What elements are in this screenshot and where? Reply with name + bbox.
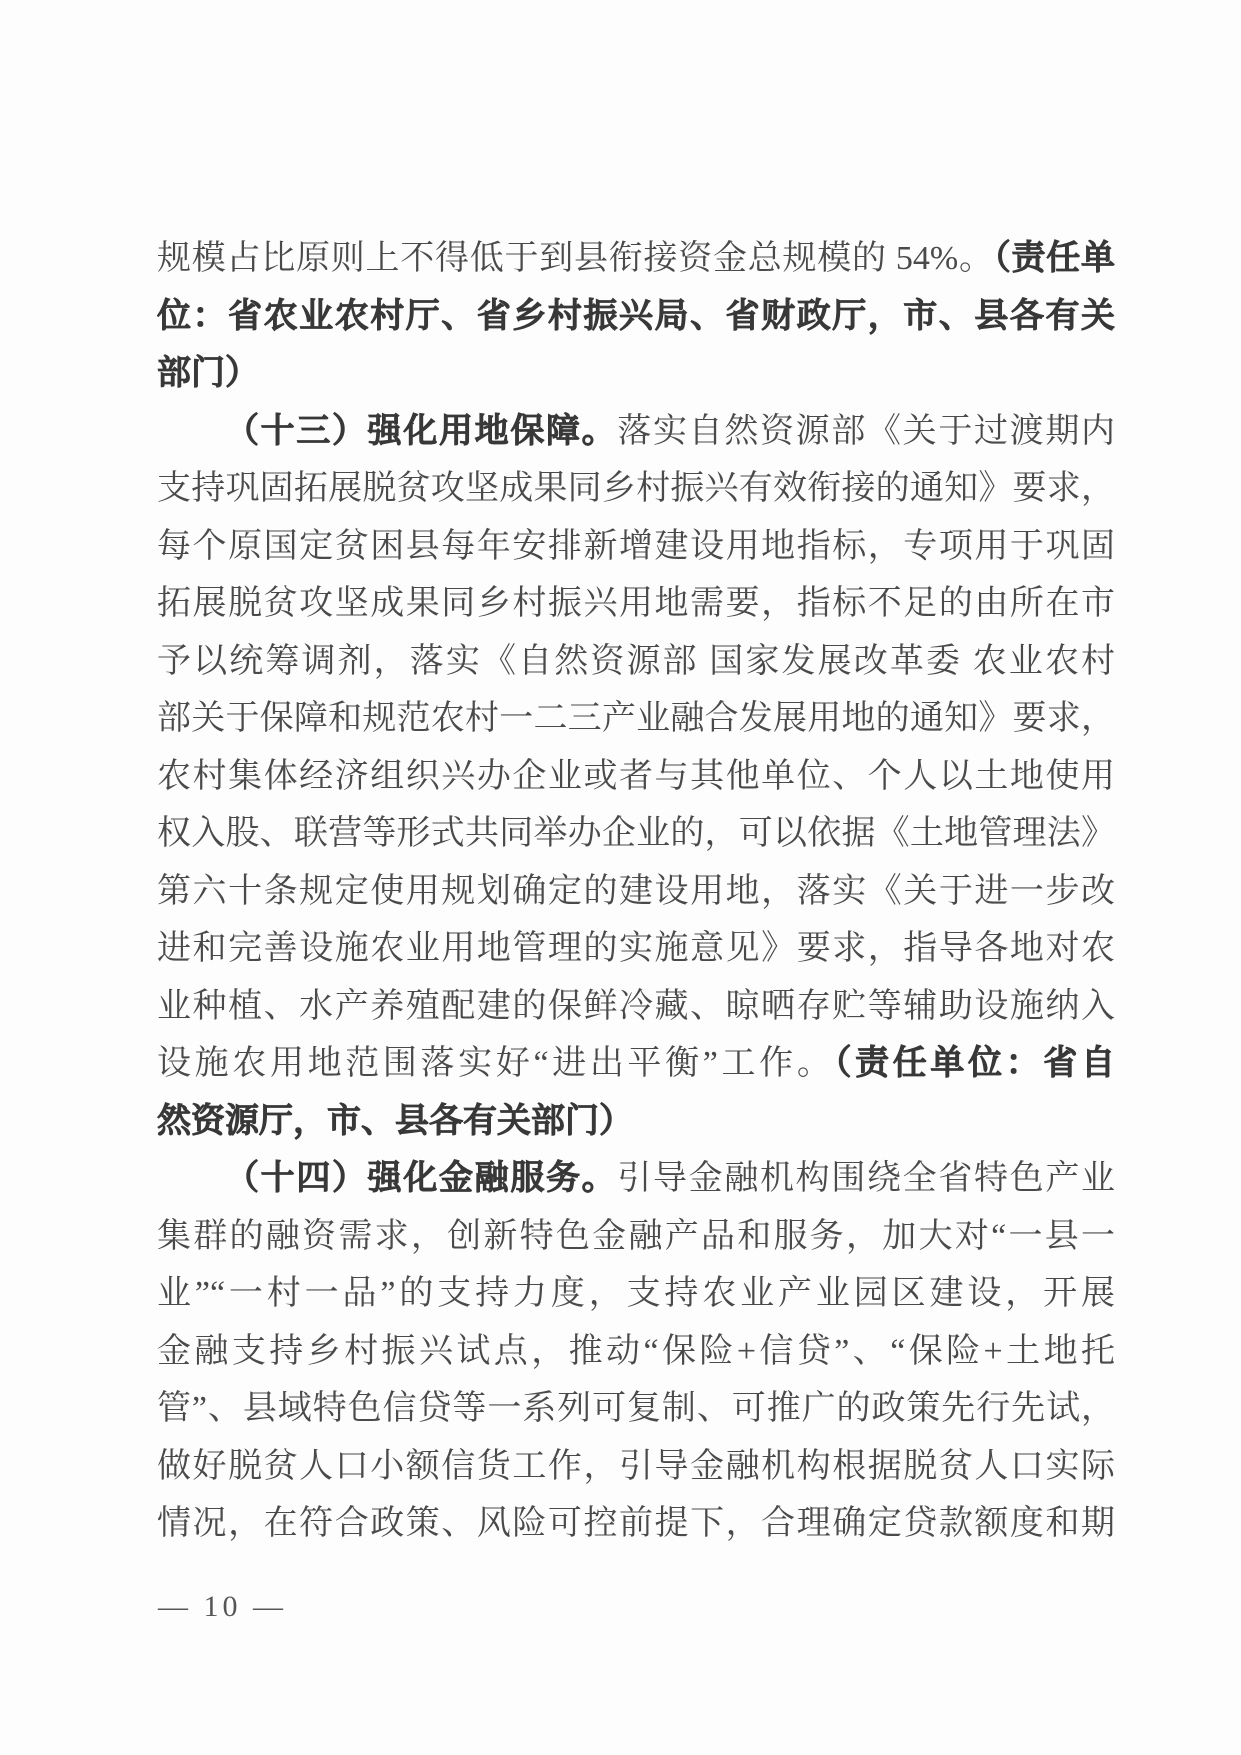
text-run: 部关于保障和规范农村一二三产业融合发展用地的通知》要求， <box>157 700 1115 737</box>
paragraph: （十四）强化金融服务。引导金融机构围绕全省特色产业集群的融资需求，创新特色金融产… <box>157 1150 1115 1553</box>
text-run: 规模占比原则上不得低于到县衔接资金总规模的 54%。 <box>157 240 994 277</box>
text-run: 金融支持乡村振兴试点，推动“保险+信贷”、“保险+土地托 <box>157 1333 1115 1370</box>
text-line: 予以统筹调剂，落实《自然资源部 国家发展改革委 农业农村 <box>157 633 1115 691</box>
text-run: 做好脱贫人口小额信货工作，引导金融机构根据脱贫人口实际 <box>157 1448 1115 1485</box>
text-line: 位：省农业农村厅、省乡村振兴局、省财政厅，市、县各有关 <box>157 288 1115 346</box>
text-line: 规模占比原则上不得低于到县衔接资金总规模的 54%。（责任单 <box>157 230 1115 288</box>
text-line: 业种植、水产养殖配建的保鲜冷藏、晾晒存贮等辅助设施纳入 <box>157 978 1115 1036</box>
text-line: （十四）强化金融服务。引导金融机构围绕全省特色产业 <box>157 1150 1115 1208</box>
text-run: 集群的融资需求，创新特色金融产品和服务，加大对“一县一 <box>157 1218 1115 1255</box>
text-line: （十三）强化用地保障。落实自然资源部《关于过渡期内 <box>157 403 1115 461</box>
text-line: 支持巩固拓展脱贫攻坚成果同乡村振兴有效衔接的通知》要求， <box>157 460 1115 518</box>
bold-text-run: 然资源厅，市、县各有关部门） <box>157 1103 633 1140</box>
text-line: 权入股、联营等形式共同举办企业的，可以依据《土地管理法》 <box>157 805 1115 863</box>
text-run: 业种植、水产养殖配建的保鲜冷藏、晾晒存贮等辅助设施纳入 <box>157 988 1115 1025</box>
text-line: 做好脱贫人口小额信货工作，引导金融机构根据脱贫人口实际 <box>157 1438 1115 1496</box>
bold-text-run: （责任单位：省自 <box>834 1045 1115 1082</box>
text-line: 集群的融资需求，创新特色金融产品和服务，加大对“一县一 <box>157 1208 1115 1266</box>
paragraph: （十三）强化用地保障。落实自然资源部《关于过渡期内支持巩固拓展脱贫攻坚成果同乡村… <box>157 403 1115 1151</box>
paragraph: 规模占比原则上不得低于到县衔接资金总规模的 54%。（责任单位：省农业农村厅、省… <box>157 230 1115 403</box>
text-run: 管”、县域特色信贷等一系列可复制、可推广的政策先行先试， <box>157 1390 1115 1427</box>
text-line: 进和完善设施农业用地管理的实施意见》要求，指导各地对农 <box>157 920 1115 978</box>
bold-text-run: （责任单 <box>994 240 1115 277</box>
text-run: 支持巩固拓展脱贫攻坚成果同乡村振兴有效衔接的通知》要求， <box>157 470 1115 507</box>
bold-text-run: 位：省农业农村厅、省乡村振兴局、省财政厅，市、县各有关 <box>157 298 1115 335</box>
text-line: 然资源厅，市、县各有关部门） <box>157 1093 1115 1151</box>
text-line: 部门） <box>157 345 1115 403</box>
bold-text-run: 部门） <box>157 355 259 392</box>
text-line: 每个原国定贫困县每年安排新增建设用地指标，专项用于巩固 <box>157 518 1115 576</box>
text-line: 管”、县域特色信贷等一系列可复制、可推广的政策先行先试， <box>157 1380 1115 1438</box>
text-line: 部关于保障和规范农村一二三产业融合发展用地的通知》要求， <box>157 690 1115 748</box>
text-run: 每个原国定贫困县每年安排新增建设用地指标，专项用于巩固 <box>157 528 1115 565</box>
text-line: 拓展脱贫攻坚成果同乡村振兴用地需要，指标不足的由所在市 <box>157 575 1115 633</box>
text-run: 予以统筹调剂，落实《自然资源部 国家发展改革委 农业农村 <box>157 643 1115 680</box>
bold-text-run: （十三）强化用地保障。 <box>225 413 617 450</box>
page-content: 规模占比原则上不得低于到县衔接资金总规模的 54%。（责任单位：省农业农村厅、省… <box>157 230 1115 1553</box>
text-run: 权入股、联营等形式共同举办企业的，可以依据《土地管理法》 <box>157 815 1115 852</box>
text-run: 情况，在符合政策、风险可控前提下，合理确定贷款额度和期 <box>157 1505 1115 1542</box>
page-number: — 10 — <box>158 1590 287 1624</box>
document-page: 规模占比原则上不得低于到县衔接资金总规模的 54%。（责任单位：省农业农村厅、省… <box>0 0 1241 1755</box>
text-line: 金融支持乡村振兴试点，推动“保险+信贷”、“保险+土地托 <box>157 1323 1115 1381</box>
text-run: 进和完善设施农业用地管理的实施意见》要求，指导各地对农 <box>157 930 1115 967</box>
text-run: 落实自然资源部《关于过渡期内 <box>617 413 1115 450</box>
text-run: 第六十条规定使用规划确定的建设用地，落实《关于进一步改 <box>157 873 1115 910</box>
text-run: 拓展脱贫攻坚成果同乡村振兴用地需要，指标不足的由所在市 <box>157 585 1115 622</box>
text-line: 业”“一村一品”的支持力度，支持农业产业园区建设，开展 <box>157 1265 1115 1323</box>
bold-text-run: （十四）强化金融服务。 <box>225 1160 617 1197</box>
text-line: 第六十条规定使用规划确定的建设用地，落实《关于进一步改 <box>157 863 1115 921</box>
text-line: 农村集体经济组织兴办企业或者与其他单位、个人以土地使用 <box>157 748 1115 806</box>
text-run: 设施农用地范围落实好“进出平衡”工作。 <box>157 1045 834 1082</box>
text-line: 情况，在符合政策、风险可控前提下，合理确定贷款额度和期 <box>157 1495 1115 1553</box>
text-run: 农村集体经济组织兴办企业或者与其他单位、个人以土地使用 <box>157 758 1115 795</box>
text-run: 业”“一村一品”的支持力度，支持农业产业园区建设，开展 <box>157 1275 1115 1312</box>
text-line: 设施农用地范围落实好“进出平衡”工作。（责任单位：省自 <box>157 1035 1115 1093</box>
text-run: 引导金融机构围绕全省特色产业 <box>617 1160 1115 1197</box>
